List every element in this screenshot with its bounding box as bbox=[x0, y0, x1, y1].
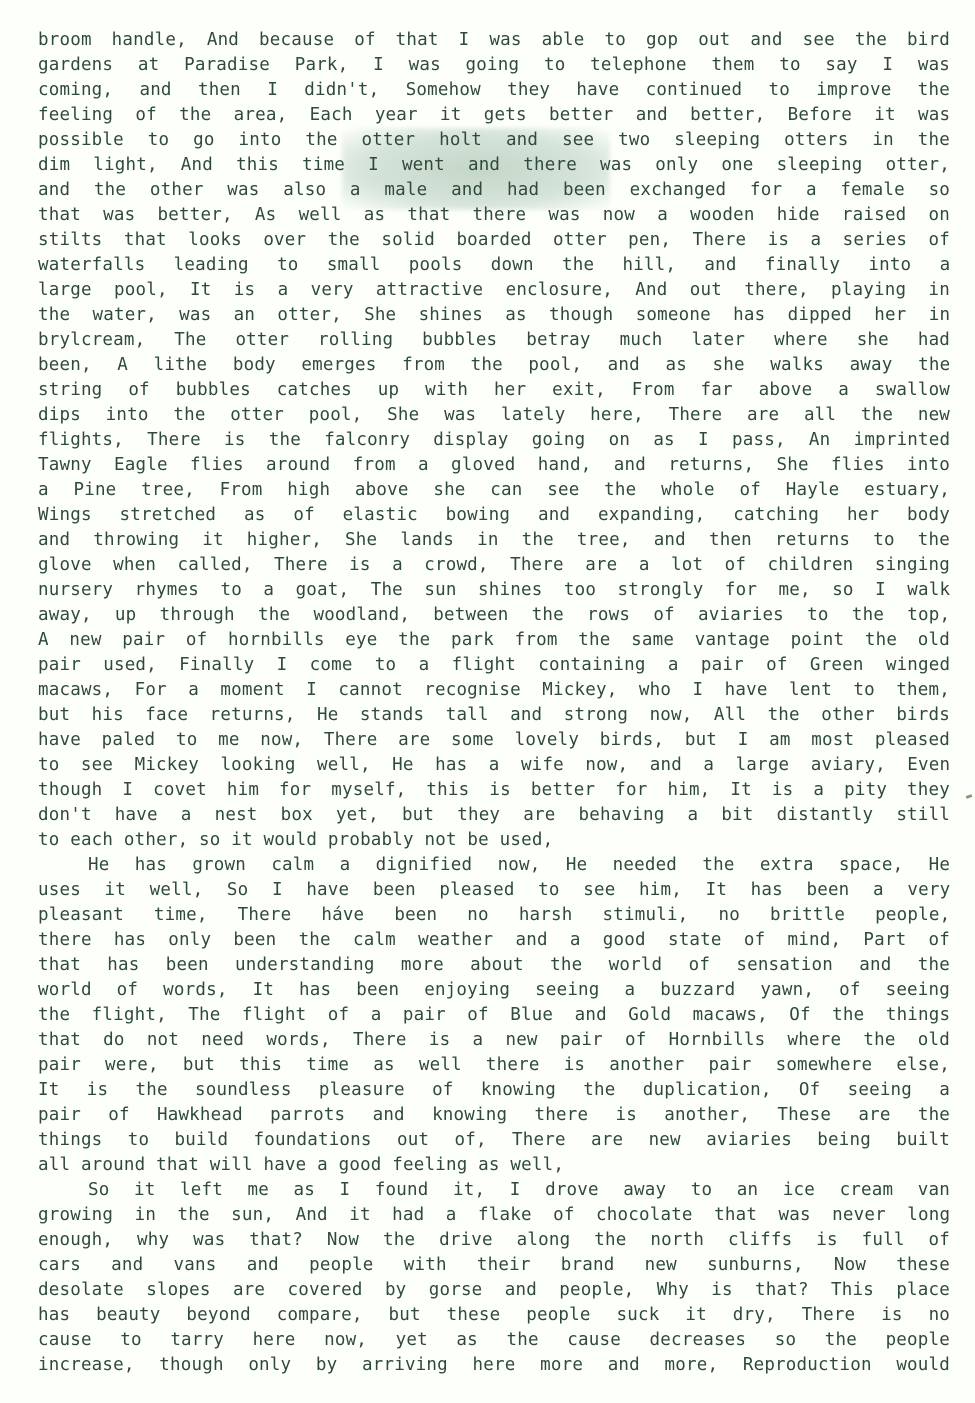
text-line: the flight, The flight of a pair of Blue… bbox=[38, 1003, 950, 1028]
text-line: large pool, It is a very attractive encl… bbox=[38, 278, 950, 303]
text-line: all around that will have a good feeling… bbox=[38, 1153, 950, 1178]
text-line: string of bubbles catches up with her ex… bbox=[38, 378, 950, 403]
text-line: increase, though only by arriving here m… bbox=[38, 1353, 950, 1378]
text-line: don't have a nest box yet, but they are … bbox=[38, 803, 950, 828]
text-line: cars and vans and people with their bran… bbox=[38, 1253, 950, 1278]
text-line: pair were, but this time as well there i… bbox=[38, 1053, 950, 1078]
scanned-page: broom handle, And because of that I was … bbox=[0, 0, 975, 1403]
text-line: brylcream, The otter rolling bubbles bet… bbox=[38, 328, 950, 353]
text-line: Wings stretched as of elastic bowing and… bbox=[38, 503, 950, 528]
text-line: growing in the sun, And it had a flake o… bbox=[38, 1203, 950, 1228]
text-line: and throwing it higher, She lands in the… bbox=[38, 528, 950, 553]
text-line: enough, why was that? Now the drive alon… bbox=[38, 1228, 950, 1253]
text-line: pair used, Finally I come to a flight co… bbox=[38, 653, 950, 678]
text-line: uses it well, So I have been pleased to … bbox=[38, 878, 950, 903]
text-line: He has grown calm a dignified now, He ne… bbox=[38, 853, 950, 878]
text-line: Tawny Eagle flies around from a gloved h… bbox=[38, 453, 950, 478]
text-line: that has been understanding more about t… bbox=[38, 953, 950, 978]
text-line: pleasant time, There háve been no harsh … bbox=[38, 903, 950, 928]
text-line: nursery rhymes to a goat, The sun shines… bbox=[38, 578, 950, 603]
text-line: and the other was also a male and had be… bbox=[38, 178, 950, 203]
text-line: flights, There is the falconry display g… bbox=[38, 428, 950, 453]
text-line: a Pine tree, From high above she can see… bbox=[38, 478, 950, 503]
text-line: feeling of the area, Each year it gets b… bbox=[38, 103, 950, 128]
text-line: stilts that looks over the solid boarded… bbox=[38, 228, 950, 253]
text-line: gardens at Paradise Park, I was going to… bbox=[38, 53, 950, 78]
text-line: been, A lithe body emerges from the pool… bbox=[38, 353, 950, 378]
text-line: macaws, For a moment I cannot recognise … bbox=[38, 678, 950, 703]
text-line: glove when called, There is a crowd, The… bbox=[38, 553, 950, 578]
text-line: has beauty beyond compare, but these peo… bbox=[38, 1303, 950, 1328]
text-line: have paled to me now, There are some lov… bbox=[38, 728, 950, 753]
text-line: So it left me as I found it, I drove awa… bbox=[38, 1178, 950, 1203]
text-line: cause to tarry here now, yet as the caus… bbox=[38, 1328, 950, 1353]
text-line: It is the soundless pleasure of knowing … bbox=[38, 1078, 950, 1103]
text-line: though I covet him for myself, this is b… bbox=[38, 778, 950, 803]
text-line: things to build foundations out of, Ther… bbox=[38, 1128, 950, 1153]
text-line: A new pair of hornbills eye the park fro… bbox=[38, 628, 950, 653]
text-line: possible to go into the otter holt and s… bbox=[38, 128, 950, 153]
text-line: waterfalls leading to small pools down t… bbox=[38, 253, 950, 278]
text-line: coming, and then I didn't, Somehow they … bbox=[38, 78, 950, 103]
text-line: that do not need words, There is a new p… bbox=[38, 1028, 950, 1053]
text-line: desolate slopes are covered by gorse and… bbox=[38, 1278, 950, 1303]
text-line: to each other, so it would probably not … bbox=[38, 828, 950, 853]
text-line: away, up through the woodland, between t… bbox=[38, 603, 950, 628]
text-line: dips into the otter pool, She was lately… bbox=[38, 403, 950, 428]
text-line: but his face returns, He stands tall and… bbox=[38, 703, 950, 728]
text-line: that was better, As well as that there w… bbox=[38, 203, 950, 228]
text-line: pair of Hawkhead parrots and knowing the… bbox=[38, 1103, 950, 1128]
text-line: world of words, It has been enjoying see… bbox=[38, 978, 950, 1003]
text-line: broom handle, And because of that I was … bbox=[38, 28, 950, 53]
text-line: there has only been the calm weather and… bbox=[38, 928, 950, 953]
text-line: dim light, And this time I went and ther… bbox=[38, 153, 950, 178]
text-line: the water, was an otter, She shines as t… bbox=[38, 303, 950, 328]
document-body: broom handle, And because of that I was … bbox=[38, 28, 950, 1378]
text-line: to see Mickey looking well, He has a wif… bbox=[38, 753, 950, 778]
ink-speck bbox=[966, 794, 973, 799]
